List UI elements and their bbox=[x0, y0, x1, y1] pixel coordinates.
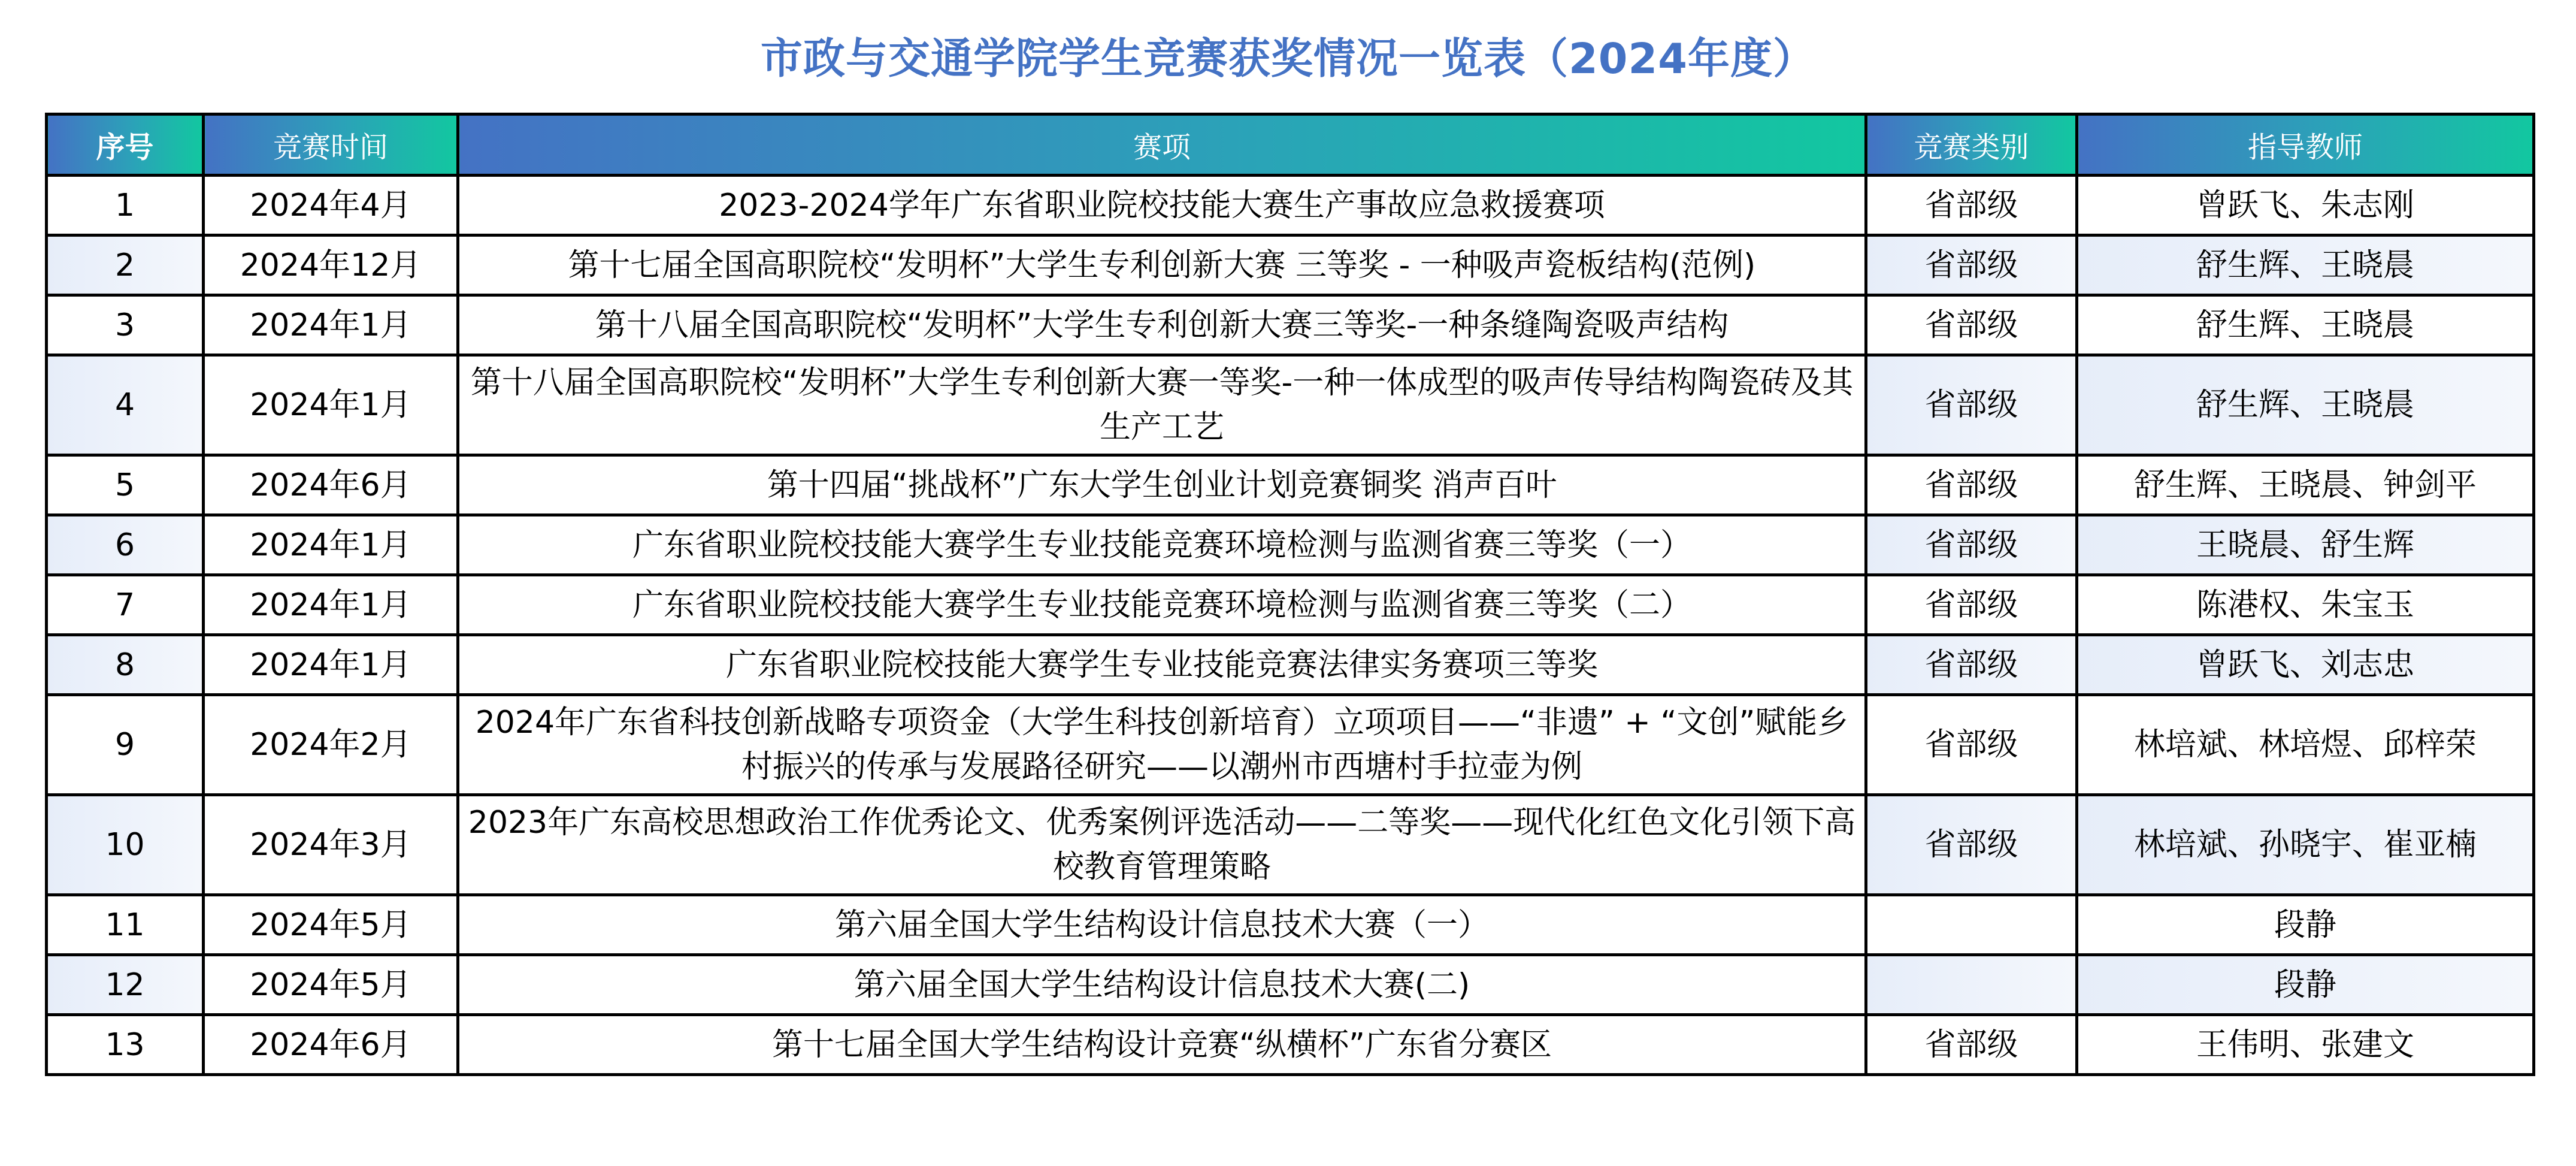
cell-category: 省部级 bbox=[1866, 695, 2077, 795]
cell-date: 2024年1月 bbox=[204, 355, 458, 455]
cell-date: 2024年5月 bbox=[204, 895, 458, 955]
cell-category bbox=[1866, 955, 2077, 1015]
cell-event: 第十八届全国高职院校“发明杯”大学生专利创新大赛一等奖-一种一体成型的吸声传导结… bbox=[458, 355, 1866, 455]
cell-no: 11 bbox=[47, 895, 204, 955]
cell-event: 第六届全国大学生结构设计信息技术大赛(二) bbox=[458, 955, 1866, 1015]
cell-no: 2 bbox=[47, 235, 204, 295]
cell-category: 省部级 bbox=[1866, 295, 2077, 355]
cell-date: 2024年2月 bbox=[204, 695, 458, 795]
cell-event: 广东省职业院校技能大赛学生专业技能竞赛环境检测与监测省赛三等奖（一） bbox=[458, 515, 1866, 575]
cell-teachers: 舒生辉、王晓晨、钟剑平 bbox=[2077, 455, 2534, 515]
column-header-teachers: 指导教师 bbox=[2077, 114, 2534, 176]
cell-event: 2023-2024学年广东省职业院校技能大赛生产事故应急救援赛项 bbox=[458, 176, 1866, 235]
cell-category: 省部级 bbox=[1866, 455, 2077, 515]
cell-teachers: 曾跃飞、朱志刚 bbox=[2077, 176, 2534, 235]
cell-event: 2024年广东省科技创新战略专项资金（大学生科技创新培育）立项项目——“非遗” … bbox=[458, 695, 1866, 795]
cell-teachers: 舒生辉、王晓晨 bbox=[2077, 355, 2534, 455]
cell-teachers: 段静 bbox=[2077, 955, 2534, 1015]
table-row: 11 2024年5月 第六届全国大学生结构设计信息技术大赛（一） 段静 bbox=[47, 895, 2534, 955]
table-row: 1 2024年4月 2023-2024学年广东省职业院校技能大赛生产事故应急救援… bbox=[47, 176, 2534, 235]
cell-event: 广东省职业院校技能大赛学生专业技能竞赛法律实务赛项三等奖 bbox=[458, 635, 1866, 695]
cell-event: 第六届全国大学生结构设计信息技术大赛（一） bbox=[458, 895, 1866, 955]
cell-date: 2024年1月 bbox=[204, 635, 458, 695]
cell-no: 7 bbox=[47, 575, 204, 635]
cell-date: 2024年12月 bbox=[204, 235, 458, 295]
table-row: 5 2024年6月 第十四届“挑战杯”广东大学生创业计划竞赛铜奖 消声百叶 省部… bbox=[47, 455, 2534, 515]
cell-date: 2024年6月 bbox=[204, 455, 458, 515]
cell-teachers: 舒生辉、王晓晨 bbox=[2077, 235, 2534, 295]
cell-teachers: 陈港权、朱宝玉 bbox=[2077, 575, 2534, 635]
cell-no: 10 bbox=[47, 795, 204, 895]
cell-teachers: 林培斌、孙晓宇、崔亚楠 bbox=[2077, 795, 2534, 895]
table-row: 12 2024年5月 第六届全国大学生结构设计信息技术大赛(二) 段静 bbox=[47, 955, 2534, 1015]
cell-category: 省部级 bbox=[1866, 795, 2077, 895]
cell-teachers: 王晓晨、舒生辉 bbox=[2077, 515, 2534, 575]
cell-no: 8 bbox=[47, 635, 204, 695]
cell-no: 12 bbox=[47, 955, 204, 1015]
cell-category bbox=[1866, 895, 2077, 955]
cell-teachers: 舒生辉、王晓晨 bbox=[2077, 295, 2534, 355]
cell-date: 2024年1月 bbox=[204, 515, 458, 575]
table-row: 6 2024年1月 广东省职业院校技能大赛学生专业技能竞赛环境检测与监测省赛三等… bbox=[47, 515, 2534, 575]
cell-date: 2024年1月 bbox=[204, 295, 458, 355]
cell-category: 省部级 bbox=[1866, 355, 2077, 455]
cell-date: 2024年4月 bbox=[204, 176, 458, 235]
cell-no: 13 bbox=[47, 1015, 204, 1075]
cell-date: 2024年1月 bbox=[204, 575, 458, 635]
cell-no: 9 bbox=[47, 695, 204, 795]
cell-teachers: 段静 bbox=[2077, 895, 2534, 955]
cell-date: 2024年3月 bbox=[204, 795, 458, 895]
cell-date: 2024年5月 bbox=[204, 955, 458, 1015]
cell-event: 第十四届“挑战杯”广东大学生创业计划竞赛铜奖 消声百叶 bbox=[458, 455, 1866, 515]
awards-table: 序号 竞赛时间 赛项 竞赛类别 指导教师 1 2024年4月 2023-2024… bbox=[45, 113, 2535, 1076]
cell-no: 3 bbox=[47, 295, 204, 355]
cell-teachers: 王伟明、张建文 bbox=[2077, 1015, 2534, 1075]
table-row: 10 2024年3月 2023年广东高校思想政治工作优秀论文、优秀案例评选活动—… bbox=[47, 795, 2534, 895]
table-row: 13 2024年6月 第十七届全国大学生结构设计竞赛“纵横杯”广东省分赛区 省部… bbox=[47, 1015, 2534, 1075]
cell-event: 广东省职业院校技能大赛学生专业技能竞赛环境检测与监测省赛三等奖（二） bbox=[458, 575, 1866, 635]
cell-event: 第十七届全国大学生结构设计竞赛“纵横杯”广东省分赛区 bbox=[458, 1015, 1866, 1075]
page-title: 市政与交通学院学生竞赛获奖情况一览表（2024年度） bbox=[0, 29, 2576, 89]
column-header-category: 竞赛类别 bbox=[1866, 114, 2077, 176]
cell-event: 第十七届全国高职院校“发明杯”大学生专利创新大赛 三等奖 - 一种吸声瓷板结构(… bbox=[458, 235, 1866, 295]
table-row: 3 2024年1月 第十八届全国高职院校“发明杯”大学生专利创新大赛三等奖-一种… bbox=[47, 295, 2534, 355]
cell-category: 省部级 bbox=[1866, 176, 2077, 235]
cell-category: 省部级 bbox=[1866, 1015, 2077, 1075]
cell-no: 5 bbox=[47, 455, 204, 515]
cell-teachers: 林培斌、林培煜、邱梓荣 bbox=[2077, 695, 2534, 795]
column-header-no: 序号 bbox=[47, 114, 204, 176]
cell-category: 省部级 bbox=[1866, 515, 2077, 575]
table-row: 7 2024年1月 广东省职业院校技能大赛学生专业技能竞赛环境检测与监测省赛三等… bbox=[47, 575, 2534, 635]
table-row: 8 2024年1月 广东省职业院校技能大赛学生专业技能竞赛法律实务赛项三等奖 省… bbox=[47, 635, 2534, 695]
table-row: 2 2024年12月 第十七届全国高职院校“发明杯”大学生专利创新大赛 三等奖 … bbox=[47, 235, 2534, 295]
cell-category: 省部级 bbox=[1866, 575, 2077, 635]
cell-date: 2024年6月 bbox=[204, 1015, 458, 1075]
cell-no: 1 bbox=[47, 176, 204, 235]
cell-teachers: 曾跃飞、刘志忠 bbox=[2077, 635, 2534, 695]
column-header-date: 竞赛时间 bbox=[204, 114, 458, 176]
cell-event: 2023年广东高校思想政治工作优秀论文、优秀案例评选活动——二等奖——现代化红色… bbox=[458, 795, 1866, 895]
cell-event: 第十八届全国高职院校“发明杯”大学生专利创新大赛三等奖-一种条缝陶瓷吸声结构 bbox=[458, 295, 1866, 355]
cell-category: 省部级 bbox=[1866, 635, 2077, 695]
table-row: 4 2024年1月 第十八届全国高职院校“发明杯”大学生专利创新大赛一等奖-一种… bbox=[47, 355, 2534, 455]
cell-no: 6 bbox=[47, 515, 204, 575]
table-header-row: 序号 竞赛时间 赛项 竞赛类别 指导教师 bbox=[47, 114, 2534, 176]
cell-no: 4 bbox=[47, 355, 204, 455]
table-row: 9 2024年2月 2024年广东省科技创新战略专项资金（大学生科技创新培育）立… bbox=[47, 695, 2534, 795]
column-header-event: 赛项 bbox=[458, 114, 1866, 176]
cell-category: 省部级 bbox=[1866, 235, 2077, 295]
